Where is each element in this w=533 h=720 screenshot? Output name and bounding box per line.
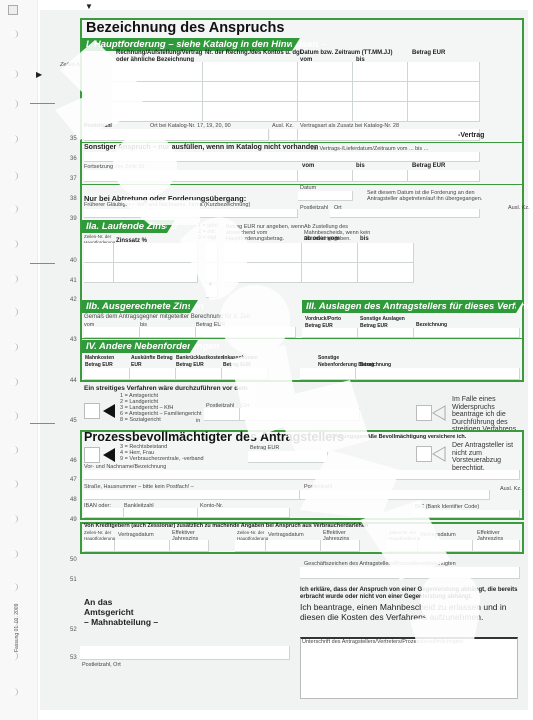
zinsen-zeile-field-2[interactable] — [84, 263, 114, 283]
punch-hole — [10, 446, 18, 454]
uebergang-ort-field[interactable] — [330, 209, 480, 218]
punch-hole — [10, 240, 18, 248]
section-IIa-header: IIa. Laufende Zinsen — [82, 220, 167, 233]
kredit-title: Von Kreditgebern (auch Zessionar) zusätz… — [84, 523, 368, 530]
vom-field-2[interactable] — [298, 82, 353, 102]
punch-hole — [10, 583, 18, 591]
margin-tick — [30, 263, 55, 264]
IV-col-auskuenfte: Auskünfte Betrag EUR — [131, 355, 173, 369]
signature-field[interactable] — [300, 637, 518, 699]
prozess-option-9: 9 = Verbraucherzentrale, -verband — [120, 456, 204, 462]
section-III-header: III. Auslagen des Antragstellers für die… — [302, 300, 516, 313]
declaration-bold: Ich erkläre, dass der Anspruch von einer… — [300, 587, 520, 601]
sonstiger-betrag: Betrag EUR — [412, 163, 445, 170]
antrag-line-1: Ich beantrage, einen Mahnbescheid zu erl… — [300, 602, 507, 612]
col-kontonr: Nr. der Rechng./des Kontos u. dgl. — [205, 50, 303, 57]
prozess-code-field[interactable] — [84, 447, 100, 463]
frueherer-glaeubiger-field[interactable] — [84, 209, 298, 218]
pointer-outline-icon — [432, 446, 446, 462]
IV-auskuenfte-field[interactable] — [130, 368, 176, 380]
widerspruch-checkbox[interactable] — [416, 405, 432, 421]
konto-field[interactable] — [198, 508, 290, 518]
vorsteuer-note: Der Antragsteller ist nicht zum Vorsteue… — [452, 442, 524, 472]
punch-hole — [10, 205, 18, 213]
zinsen-ab-vom: ab oder vom — [304, 236, 340, 243]
IV-col-bankruecklast: Bankrücklastkosten Betrag EUR — [176, 355, 222, 369]
vertragsart-field[interactable] — [298, 129, 480, 141]
III-porto-field[interactable] — [302, 328, 358, 338]
punch-hole — [10, 30, 18, 38]
row-number: 49 — [70, 517, 77, 523]
row-number: 45 — [70, 418, 77, 424]
punch-hole — [10, 135, 18, 143]
edition-label: Fassung 01. 01. 2009 — [14, 604, 20, 652]
row-number: 39 — [70, 216, 77, 222]
bic-field[interactable] — [412, 510, 520, 518]
vollmacht-text: Ordnungsgemäße Bevollmächtigung versiche… — [330, 434, 466, 441]
margin-tick — [30, 103, 55, 104]
punch-hole — [10, 378, 18, 386]
sonstiger-field[interactable] — [84, 152, 480, 162]
punch-hole — [10, 308, 18, 316]
punch-hole — [10, 412, 18, 420]
IV-sonstige-field[interactable] — [300, 368, 356, 380]
zinsen-betrag-note: Betrag EUR nur angeben, wenn abweichend … — [226, 224, 306, 242]
III-sonstige-field[interactable] — [358, 328, 414, 338]
punch-hole — [10, 688, 18, 696]
streitig-ort-field[interactable] — [240, 408, 360, 421]
kontonr-field-2[interactable] — [203, 82, 298, 102]
kredit-col-datum-3: Vertragsdatum — [420, 532, 456, 538]
kredit-zins-field-2[interactable] — [321, 540, 360, 552]
zinsen-vom-field-1[interactable] — [302, 243, 358, 263]
form-title: Bezeichnung des Anspruchs — [86, 20, 284, 36]
IIb-betrag-field[interactable] — [196, 327, 296, 338]
pointer-arrow-icon — [103, 448, 115, 462]
row-number: 47 — [70, 477, 77, 483]
kredit-zeile-field-3[interactable] — [387, 540, 418, 552]
kredit-col-datum: Vertragsdatum — [118, 532, 154, 538]
kredit-datum-field-1[interactable] — [115, 540, 170, 552]
punch-hole — [10, 275, 18, 283]
IV-col-mahnkosten: Mahnkosten Betrag EUR — [85, 355, 127, 369]
zinsen-vom-field-2[interactable] — [302, 263, 358, 283]
rechnung-field-1[interactable] — [112, 62, 203, 82]
row-number: 50 — [70, 557, 77, 563]
vertrag-suffix: -Vertrag — [458, 132, 484, 139]
geschaeftszeichen-field[interactable] — [300, 567, 520, 579]
IV-bezeichnung-field[interactable] — [356, 368, 520, 380]
plz-ort-label: Postleitzahl, Ort — [82, 662, 121, 668]
margin-tick — [30, 423, 55, 424]
section-IV-header: IV. Andere Nebenforderungen — [82, 340, 190, 353]
punch-hole — [10, 480, 18, 488]
streitig-plz-field[interactable] — [204, 408, 240, 421]
blz-field[interactable] — [124, 508, 198, 518]
signature-label: Unterschrift des Antragstellers/Vertrete… — [302, 639, 463, 645]
zinsen-bis-field-2[interactable] — [358, 263, 414, 283]
widerspruch-note: Im Falle eines Widerspruchs beantrage ic… — [452, 396, 524, 434]
col-betrag: Betrag EUR — [412, 50, 445, 57]
kredit-col-datum-2: Vertragsdatum — [268, 532, 304, 538]
prozess-strasse-field[interactable] — [84, 490, 300, 500]
punch-hole — [10, 652, 18, 660]
gericht-option-8: 8 = Sozialgericht — [120, 417, 161, 423]
vom-field-3[interactable] — [298, 102, 353, 122]
plz-ort-address-field[interactable] — [80, 646, 290, 660]
rechnung-field-2[interactable] — [112, 82, 203, 102]
prozess-ausl-kz: Ausl. Kz. — [500, 486, 522, 492]
top-marker-icon: ▼ — [85, 2, 93, 11]
sonstiger-betrag-field[interactable] — [408, 170, 480, 182]
row-number: 53 — [70, 655, 77, 661]
IV-inkasso-field[interactable] — [222, 368, 268, 380]
IIb-vom-field[interactable] — [84, 327, 140, 338]
form-page: ▼ ▶ Zeilen-Nummer Bezeichnung des Anspru… — [0, 0, 533, 720]
IV-bankruecklast-field[interactable] — [176, 368, 222, 380]
kredit-datum-field-3[interactable] — [418, 540, 473, 552]
row-number: 43 — [70, 337, 77, 343]
kredit-zeile-field-1[interactable] — [84, 540, 115, 552]
vom-field-1[interactable] — [298, 62, 353, 82]
zinsen-bis-field-1[interactable] — [358, 243, 414, 263]
sonstiger-title: Sonstiger Anspruch – nur ausfüllen, wenn… — [84, 144, 318, 151]
row-number: 38 — [70, 196, 77, 202]
zinsen-bis: bis — [360, 236, 369, 243]
streitig-in: in — [196, 418, 200, 424]
divider — [80, 142, 524, 143]
section-IIb-header: IIb. Ausgerechnete Zinsen — [82, 300, 190, 313]
gericht-code-field[interactable] — [84, 403, 100, 419]
fortsetzung-field[interactable] — [84, 170, 298, 182]
betrag-field-3[interactable] — [408, 102, 480, 122]
pointer-outline-icon — [432, 405, 446, 421]
plz-ort-field[interactable] — [84, 129, 269, 141]
uebergang-plz: Postleitzahl — [300, 205, 328, 211]
IV-col-inkasso: Inkassokosten Betrag EUR — [223, 355, 265, 369]
row-number: 35 — [70, 136, 77, 142]
address-line-2: Amtsgericht — [84, 607, 134, 617]
zinssatz-field-2[interactable] — [114, 263, 198, 283]
period-field-1[interactable] — [206, 243, 218, 263]
punch-hole — [10, 550, 18, 558]
row-number: 48 — [70, 497, 77, 503]
rechnung-field-3[interactable] — [112, 102, 203, 122]
uebergang-datum-field[interactable] — [298, 191, 353, 201]
ausl-kz-field[interactable] — [270, 129, 298, 141]
kredit-datum-field-2[interactable] — [266, 540, 321, 552]
address-line-3: – Mahnabteilung – — [84, 617, 158, 627]
bis-field-1[interactable] — [353, 62, 408, 82]
kontonr-field-3[interactable] — [203, 102, 298, 122]
row-number: 44 — [70, 378, 77, 384]
streitig-title: Ein streitiges Verfahren wäre durchzufüh… — [84, 385, 248, 392]
punch-hole — [10, 70, 18, 78]
sonstiger-vom-field[interactable] — [298, 170, 353, 182]
iban-field[interactable] — [84, 508, 124, 518]
punch-hole — [10, 515, 18, 523]
address-line-1: An das — [84, 597, 112, 607]
vorsteuer-checkbox[interactable] — [416, 446, 432, 462]
antrag-line-2: diesen die Kosten des Verfahrens aufzune… — [300, 612, 483, 622]
sonstiger-bis-field[interactable] — [353, 170, 408, 182]
III-bezeichnung-field[interactable] — [414, 328, 520, 338]
row-number: 36 — [70, 156, 77, 162]
kredit-zeile-field-2[interactable] — [235, 540, 266, 552]
punch-hole-square — [8, 5, 18, 15]
row-number: 37 — [70, 176, 77, 182]
period-field-2[interactable] — [206, 263, 218, 283]
kredit-zins-field-1[interactable] — [170, 540, 209, 552]
period-option-3: 3 = tägl. — [198, 235, 218, 241]
sonstiger-vom: vom — [302, 163, 314, 170]
pointer-arrow-icon — [103, 404, 115, 418]
row-number: 46 — [70, 458, 77, 464]
IV-mahnkosten-field[interactable] — [84, 368, 130, 380]
zinssatz-field-1[interactable] — [114, 243, 198, 263]
punch-hole — [10, 172, 18, 180]
zinsen-betrag-field-1[interactable] — [224, 243, 302, 263]
sonstiger-bis: bis — [356, 163, 365, 170]
IIb-bis-field[interactable] — [140, 327, 196, 338]
row-number: 42 — [70, 297, 77, 303]
bis-field-3[interactable] — [353, 102, 408, 122]
prozess-betrag-field[interactable] — [248, 451, 328, 463]
IIb-subtitle: Gemäß dem Antragsgegner mitgeteilter Ber… — [84, 314, 250, 320]
col-datum: Datum bzw. Zeitraum (TT.MM.JJ) — [300, 50, 392, 57]
prozess-title: Prozessbevollmächtigter des Antragstelle… — [84, 430, 344, 444]
punch-hole — [10, 100, 18, 108]
bis-field-2[interactable] — [353, 82, 408, 102]
betrag-field-2[interactable] — [408, 82, 480, 102]
period-arrow-icon: ▼ — [208, 282, 213, 288]
kontonr-field-1[interactable] — [203, 62, 298, 82]
kredit-zins-field-3[interactable] — [473, 540, 520, 552]
zinsen-zeile-field-1[interactable] — [84, 243, 114, 263]
prozess-name-field[interactable] — [84, 470, 520, 480]
row-number: 41 — [70, 278, 77, 284]
uebergang-ausl-kz: Ausl. Kz. — [508, 205, 530, 211]
row-number: 51 — [70, 577, 77, 583]
prozess-plz-field[interactable] — [300, 490, 490, 500]
uebergang-note: Seit diesem Datum ist die Forderung an d… — [367, 190, 487, 202]
punch-hole — [10, 343, 18, 351]
row-marker-icon: ▶ — [36, 70, 42, 79]
row-number: 40 — [70, 258, 77, 264]
zinsen-betrag-field-2[interactable] — [224, 263, 302, 283]
uebergang-subtitle: Früherer Gläubiger – Vor- und Nachname, … — [84, 202, 250, 208]
row-number: 52 — [70, 627, 77, 633]
betrag-field-1[interactable] — [408, 62, 480, 82]
